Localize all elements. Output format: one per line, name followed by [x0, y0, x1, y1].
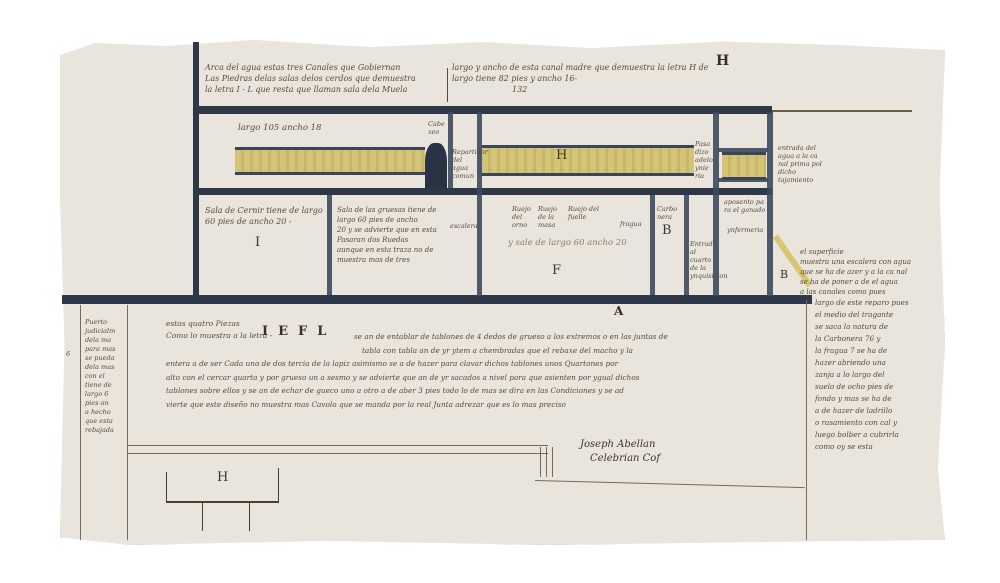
margin-mark: 6: [66, 350, 70, 358]
ruejo-masa: Ruejo de la masa: [538, 205, 564, 229]
fragua-label: fragua: [620, 220, 642, 228]
body-line: tabla con tabla an de yr ytem a chembrad…: [166, 344, 668, 358]
note-line: muestra una escalera con agua: [800, 257, 911, 267]
note-line: a las canales como pues: [800, 287, 911, 297]
note-line: que se ha de azer y a la ca nal: [800, 267, 911, 277]
ruejo-orno: Ruejo del orno: [512, 205, 534, 229]
room-text: aunque en esta traza no de: [337, 245, 437, 255]
room-letter-b: B: [662, 225, 672, 236]
canal-right: [722, 152, 766, 180]
detail-letter-h: H: [217, 472, 228, 483]
right-col-line: largo de este reparo pues: [815, 297, 909, 309]
right-col-line: luego bolber a cubrirla: [815, 429, 909, 441]
ynfermeria-label-2: ynfermeria: [727, 226, 763, 234]
left-col-line: pies an: [85, 399, 115, 408]
entrada-room-label: Entrada al cuarto de la ynquisicion: [690, 240, 716, 280]
right-column-note: largo de este reparo pues el medio del t…: [815, 297, 909, 453]
left-col-line: judicialm: [85, 327, 115, 336]
right-col-line: como oy se esta: [815, 441, 909, 453]
wall-right-2: [767, 112, 773, 296]
left-col-line: que esta: [85, 417, 115, 426]
left-col-line: largo 6: [85, 390, 115, 399]
room-text: 20 y se advierte que en esta: [337, 225, 437, 235]
left-col-line: se pueda: [85, 354, 115, 363]
ruejo-fuelle: Ruejo del fuelle: [568, 205, 604, 221]
entrada-label: entrada del agua a la ca nal prima pol d…: [778, 144, 824, 184]
repartidor-label: Repartidor del agua comun: [452, 148, 480, 180]
room-text: Sala de Cernir tiene de largo: [205, 205, 323, 216]
carbonera-label: Carbo nera: [657, 205, 683, 221]
left-col-line: tiene de: [85, 381, 115, 390]
bracket-post-1: [540, 447, 541, 477]
room-text: largo 60 pies de ancho: [337, 215, 437, 225]
header-letter-h: H: [716, 56, 729, 67]
wall-sala1: [327, 195, 332, 295]
left-column-note: Puerto judicialm dela ma para mas se pue…: [85, 318, 115, 435]
right-col-line: zanja a lo largo del: [815, 369, 909, 381]
detail-h-left: [166, 472, 167, 502]
right-col-line: a de hazer de ladrillo: [815, 405, 909, 417]
salida-label: Pasa dizo adelo ynie ria: [695, 140, 715, 180]
cabezo-label: Cabe zeo: [428, 120, 448, 136]
header-left-line: Las Piedras delas salas delos cerdos que…: [205, 73, 416, 84]
plan-left-wall: [193, 42, 199, 300]
wall-carbonera-left: [650, 195, 655, 295]
lower-body-text: se an de entablar de tablones de 4 dedos…: [166, 330, 668, 411]
sala-main-dim: y sale de largo 60 ancho 20: [508, 238, 627, 249]
plan-top-wall: [197, 106, 772, 114]
diagonal-note: el superficie muestra una escalera con a…: [800, 247, 911, 297]
header-left-line: Arca del agua estas tres Canales que Gob…: [205, 62, 416, 73]
plan-middle-wall: [197, 188, 772, 195]
ynfermeria-label-1: aposento pa ra el ganado: [724, 198, 766, 214]
left-col-line: para mas: [85, 345, 115, 354]
point-letter-a: A: [614, 306, 623, 317]
note-line: se ha de poner a de el agua: [800, 277, 911, 287]
lower-intro: estas quatro Piezas: [166, 318, 240, 329]
right-col-line: el medio del tragante: [815, 309, 909, 321]
header-right-line: largo tiene 82 pies y ancho 16-: [452, 73, 708, 84]
right-col-line: la Carbonera 76 y: [815, 333, 909, 345]
escalera-label: escalera: [450, 222, 478, 230]
upper-left-label: largo 105 ancho 18: [238, 123, 321, 134]
left-col-line: a hecho: [85, 408, 115, 417]
right-col-line: la fragua 7 se ha de: [815, 345, 909, 357]
detail-h-leg-1: [202, 503, 203, 531]
left-col-border-l: [80, 305, 81, 540]
canal-h: [482, 145, 694, 176]
note-line: el superficie: [800, 247, 911, 257]
left-col-line: dela ma: [85, 336, 115, 345]
canal-letter-h: H: [556, 150, 567, 161]
signature-line: Celebrian Cof: [580, 452, 660, 466]
body-line: se an de entablar de tablones de 4 dedos…: [166, 330, 668, 344]
left-col-line: rebajada: [85, 426, 115, 435]
room-letter-f: F: [552, 265, 561, 276]
header-right-line: largo y ancho de esta canal madre que de…: [452, 62, 708, 73]
right-col-line: fondo y mas se ha de: [815, 393, 909, 405]
right-col-line: o rasamiento con cal y: [815, 417, 909, 429]
room-text: Pasaran dos Ruedas: [337, 235, 437, 245]
room-sala-gruesas: Sala de las gruesas tiene de largo 60 pi…: [337, 205, 437, 265]
lower-rule-1: [128, 445, 548, 446]
room-sala-cernir: Sala de Cernir tiene de largo 60 pies de…: [205, 205, 323, 227]
plan-bottom-wall: [62, 295, 812, 304]
header-left-note: Arca del agua estas tres Canales que Gob…: [205, 62, 416, 95]
signature: Joseph Abellan Celebrian Cof: [580, 438, 660, 466]
lower-rule-2: [128, 453, 548, 454]
body-line: tablones sobre ellos y se an de echar de…: [166, 384, 668, 398]
room-letter-i: I: [255, 237, 260, 248]
room-text: Sala de las gruesas tiene de: [337, 205, 437, 215]
left-col-line: con el: [85, 372, 115, 381]
room-letter-b-right: B: [780, 269, 788, 280]
right-col-line: suelo de ocho pies de: [815, 381, 909, 393]
body-line: alto con el cercar quarta y por grueso u…: [166, 371, 668, 385]
detail-h-base: [166, 501, 279, 503]
header-right-line: 132: [452, 84, 708, 95]
top-extension-line: [772, 110, 912, 112]
room-text: 60 pies de ancho 20 -: [205, 216, 323, 227]
left-col-border-r: [127, 305, 128, 540]
body-line: entera a de ser Cada uno de dos tercia d…: [166, 357, 668, 371]
right-col-line: hazer abriendo una: [815, 357, 909, 369]
header-right-note: largo y ancho de esta canal madre que de…: [452, 62, 708, 95]
left-col-line: Puerto: [85, 318, 115, 327]
detail-h-leg-2: [249, 503, 250, 531]
header-left-line: la letra I - L que resta que llaman sala…: [205, 84, 416, 95]
body-line: vierte que este diseño no muestra mas Ca…: [166, 398, 668, 412]
signature-line: Joseph Abellan: [580, 438, 660, 452]
canal-left: [235, 147, 425, 175]
right-col-line: se saca la natura de: [815, 321, 909, 333]
header-divider: [447, 68, 448, 102]
wall-carbonera-right: [684, 195, 689, 295]
wall-repartidor: [477, 112, 482, 296]
right-col-border: [806, 300, 807, 540]
bracket-post-2: [546, 447, 547, 477]
detail-h-right: [278, 468, 279, 502]
canal-left-gate: [425, 143, 447, 189]
bracket-post-3: [552, 447, 553, 477]
left-col-line: dela mas: [85, 363, 115, 372]
room-text: muestra mas de tres: [337, 255, 437, 265]
